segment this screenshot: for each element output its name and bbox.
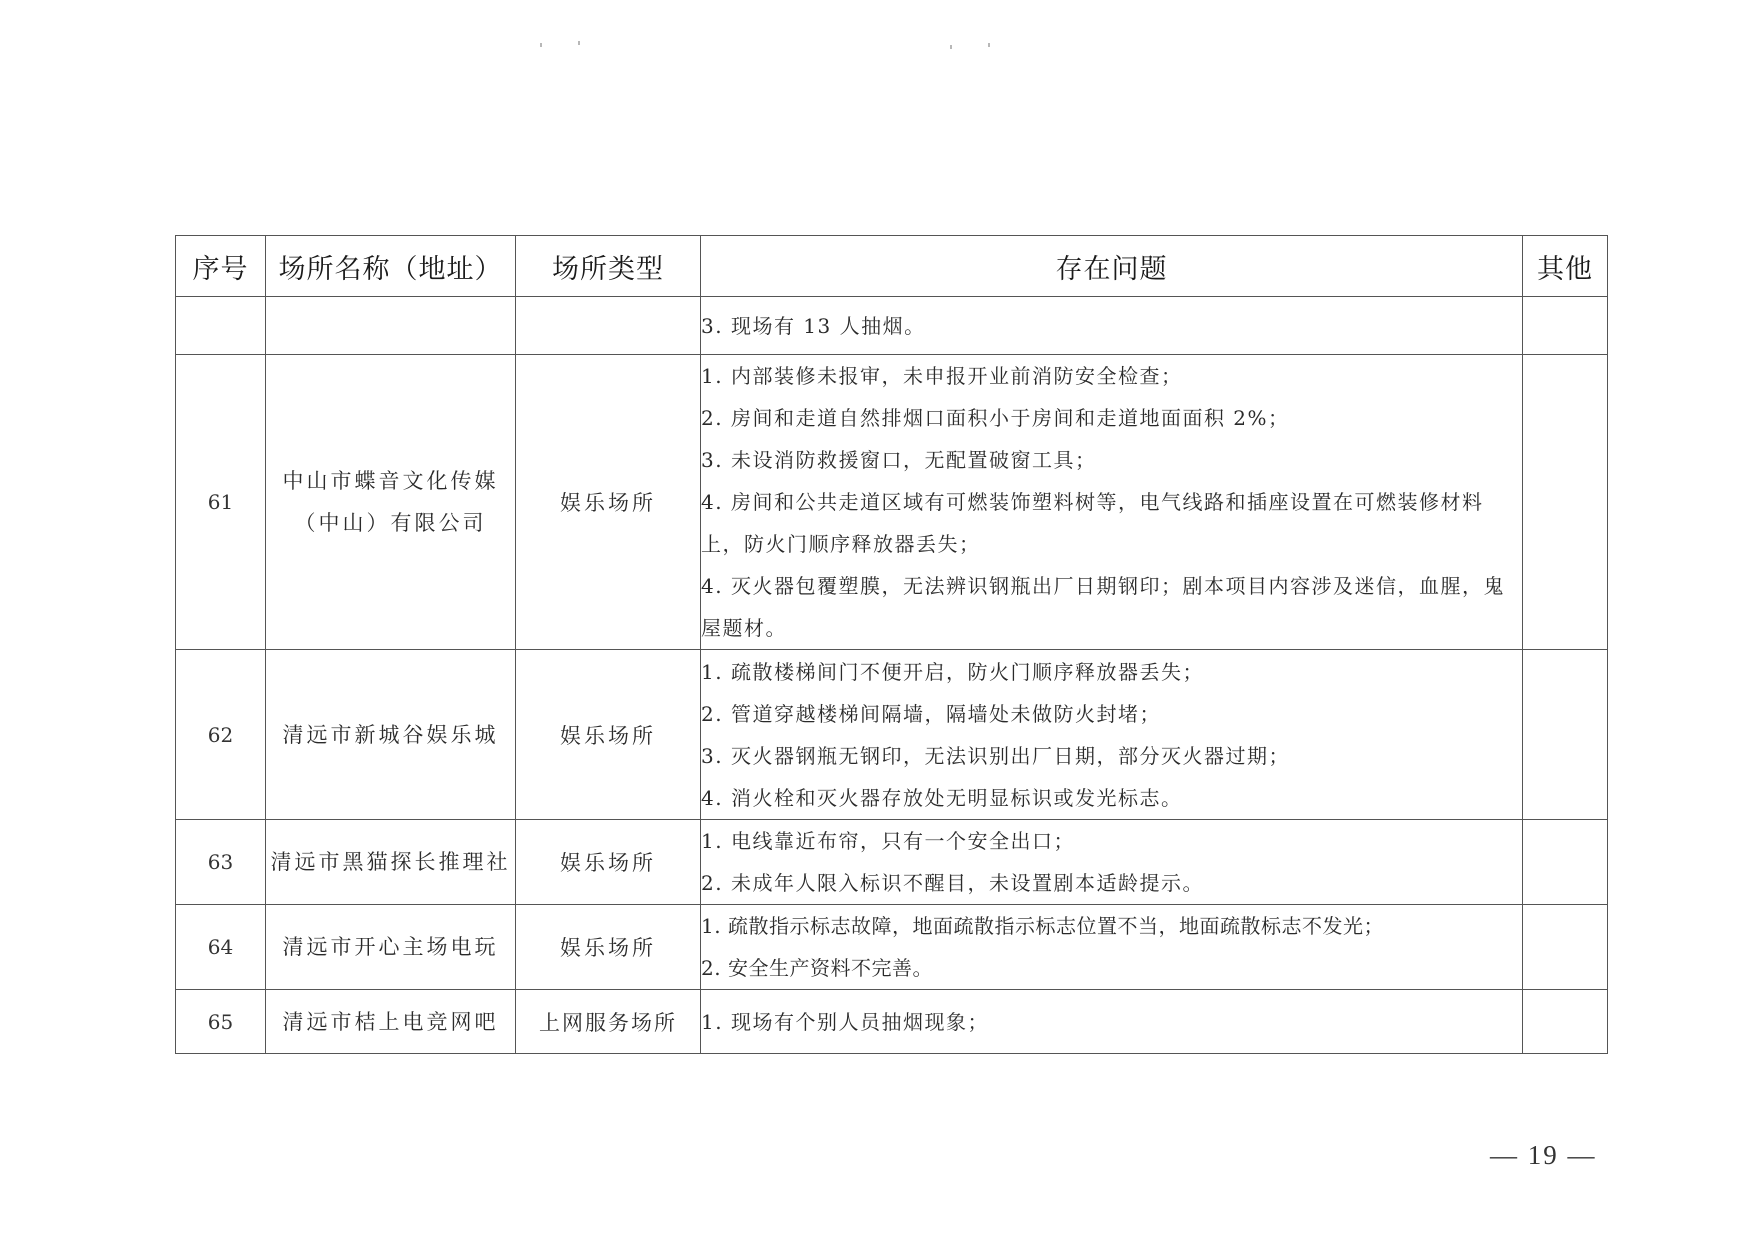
cell-other (1523, 650, 1608, 820)
cell-venue-type: 娱乐场所 (516, 820, 701, 905)
issue-item: 3. 未设消防救援窗口，无配置破窗工具； (701, 439, 1522, 481)
cell-venue-type (516, 297, 701, 355)
cell-seq: 64 (176, 905, 266, 990)
issue-item: 1. 电线靠近布帘，只有一个安全出口； (701, 820, 1522, 862)
scan-artifact (988, 43, 990, 47)
cell-venue-type: 娱乐场所 (516, 355, 701, 650)
cell-venue-name: 中山市蝶音文化传媒 （中山）有限公司 (266, 355, 516, 650)
page-number: — 19 — (1490, 1140, 1597, 1171)
cell-issues: 1. 内部装修未报审，未申报开业前消防安全检查； 2. 房间和走道自然排烟口面积… (701, 355, 1523, 650)
issue-item: 2. 安全生产资料不完善。 (701, 947, 1522, 989)
inspection-table: 序号 场所名称（地址） 场所类型 存在问题 其他 3. 现场有 13 人抽烟。 … (175, 235, 1608, 1054)
issue-item: 1. 现场有个别人员抽烟现象； (701, 1001, 1522, 1043)
cell-venue-type: 娱乐场所 (516, 650, 701, 820)
issue-item: 4. 房间和公共走道区域有可燃装饰塑料树等，电气线路和插座设置在可燃装修材料上，… (701, 481, 1522, 565)
cell-venue-type: 上网服务场所 (516, 990, 701, 1054)
issue-item: 4. 灭火器包覆塑膜，无法辨识钢瓶出厂日期钢印；剧本项目内容涉及迷信，血腥，鬼屋… (701, 565, 1522, 649)
cell-other (1523, 355, 1608, 650)
issue-item: 2. 管道穿越楼梯间隔墙，隔墙处未做防火封堵； (701, 693, 1522, 735)
scan-artifact (578, 41, 580, 45)
cell-issues: 1. 疏散楼梯间门不便开启，防火门顺序释放器丢失； 2. 管道穿越楼梯间隔墙，隔… (701, 650, 1523, 820)
cell-seq: 62 (176, 650, 266, 820)
cell-other (1523, 905, 1608, 990)
issue-item: 2. 未成年人限入标识不醒目，未设置剧本适龄提示。 (701, 862, 1522, 904)
issue-item: 2. 房间和走道自然排烟口面积小于房间和走道地面面积 2%； (701, 397, 1522, 439)
header-venue-type: 场所类型 (516, 236, 701, 297)
scan-artifact (950, 45, 952, 49)
cell-issues: 3. 现场有 13 人抽烟。 (701, 297, 1523, 355)
cell-venue-name: 清远市开心主场电玩 (266, 905, 516, 990)
cell-issues: 1. 现场有个别人员抽烟现象； (701, 990, 1523, 1054)
header-venue-name: 场所名称（地址） (266, 236, 516, 297)
scan-artifact (540, 43, 542, 47)
table-row: 62 清远市新城谷娱乐城 娱乐场所 1. 疏散楼梯间门不便开启，防火门顺序释放器… (176, 650, 1608, 820)
cell-seq (176, 297, 266, 355)
issue-item: 1. 疏散指示标志故障，地面疏散指示标志位置不当，地面疏散标志不发光； (701, 905, 1522, 947)
cell-issues: 1. 电线靠近布帘，只有一个安全出口； 2. 未成年人限入标识不醒目，未设置剧本… (701, 820, 1523, 905)
venue-name-line: 中山市蝶音文化传媒 (266, 460, 515, 502)
cell-other (1523, 990, 1608, 1054)
table-row: 65 清远市桔上电竞网吧 上网服务场所 1. 现场有个别人员抽烟现象； (176, 990, 1608, 1054)
cell-seq: 61 (176, 355, 266, 650)
cell-venue-type: 娱乐场所 (516, 905, 701, 990)
table-row: 64 清远市开心主场电玩 娱乐场所 1. 疏散指示标志故障，地面疏散指示标志位置… (176, 905, 1608, 990)
cell-other (1523, 297, 1608, 355)
issue-item: 3. 灭火器钢瓶无钢印，无法识别出厂日期，部分灭火器过期； (701, 735, 1522, 777)
cell-venue-name (266, 297, 516, 355)
cell-venue-name: 清远市桔上电竞网吧 (266, 990, 516, 1054)
issue-item: 3. 现场有 13 人抽烟。 (701, 305, 1522, 347)
issue-item: 1. 疏散楼梯间门不便开启，防火门顺序释放器丢失； (701, 651, 1522, 693)
cell-other (1523, 820, 1608, 905)
table-header-row: 序号 场所名称（地址） 场所类型 存在问题 其他 (176, 236, 1608, 297)
cell-seq: 63 (176, 820, 266, 905)
cell-seq: 65 (176, 990, 266, 1054)
cell-venue-name: 清远市黑猫探长推理社 (266, 820, 516, 905)
table-row: 3. 现场有 13 人抽烟。 (176, 297, 1608, 355)
header-other: 其他 (1523, 236, 1608, 297)
table-row: 63 清远市黑猫探长推理社 娱乐场所 1. 电线靠近布帘，只有一个安全出口； 2… (176, 820, 1608, 905)
cell-venue-name: 清远市新城谷娱乐城 (266, 650, 516, 820)
cell-issues: 1. 疏散指示标志故障，地面疏散指示标志位置不当，地面疏散标志不发光； 2. 安… (701, 905, 1523, 990)
issue-item: 1. 内部装修未报审，未申报开业前消防安全检查； (701, 355, 1522, 397)
venue-name-line: （中山）有限公司 (266, 502, 515, 544)
header-seq: 序号 (176, 236, 266, 297)
issue-item: 4. 消火栓和灭火器存放处无明显标识或发光标志。 (701, 777, 1522, 819)
table-row: 61 中山市蝶音文化传媒 （中山）有限公司 娱乐场所 1. 内部装修未报审，未申… (176, 355, 1608, 650)
header-issues: 存在问题 (701, 236, 1523, 297)
